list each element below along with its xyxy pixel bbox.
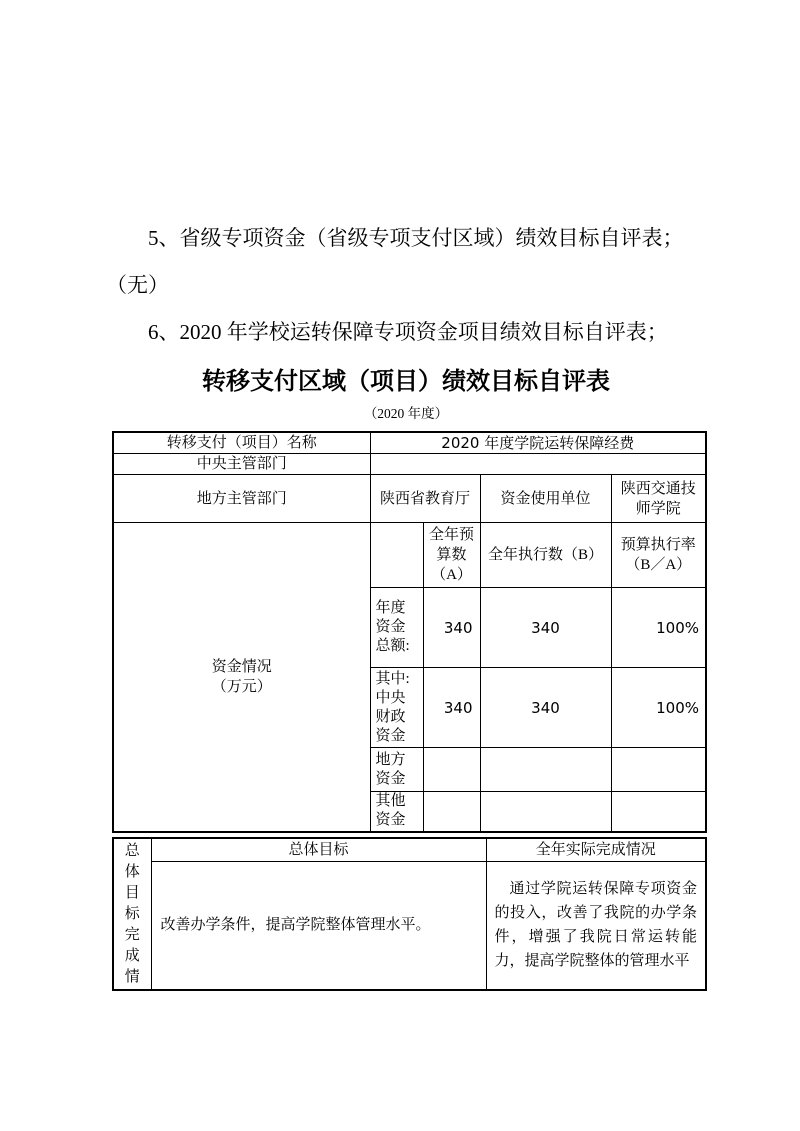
actual-header-cell: 全年实际完成情况 — [486, 838, 706, 861]
goal-header-cell: 总体目标 — [151, 838, 486, 861]
fund-row-executed-cell: 340 — [480, 588, 611, 668]
table-subtitle: （2020 年度） — [106, 406, 706, 422]
local-dept-value-cell: 陕西省教育厅 — [370, 475, 480, 523]
fund-user-value-cell: 陕西交通技 师学院 — [611, 475, 706, 523]
fund-row-executed-cell: 340 — [480, 668, 611, 748]
local-dept-label-cell: 地方主管部门 — [113, 475, 370, 523]
goal-text-cell: 改善办学条件，提高学院整体管理水平。 — [151, 861, 486, 990]
funds-table: 转移支付（项目）名称 2020 年度学院运转保障经费 中央主管部门 地方主管部门… — [112, 431, 707, 833]
fund-row-rate-cell — [611, 792, 706, 832]
fund-row-rate-cell: 100% — [611, 588, 706, 668]
actual-text-cell: 通过学院运转保障专项资金的投入，改善了我院的办学条件，增强了我院日常运转能力，提… — [486, 861, 706, 990]
fund-row-label-cell: 其中: 中央 财政 资金 — [370, 668, 423, 748]
project-name-label-cell: 转移支付（项目）名称 — [113, 432, 370, 454]
paragraph-none-note: （无） — [106, 273, 706, 298]
funds-section-label-cell: 资金情况 （万元） — [113, 523, 370, 832]
paragraph-item-5: 5、省级专项资金（省级专项支付区域）绩效目标自评表； — [106, 226, 706, 251]
project-name-value-cell: 2020 年度学院运转保障经费 — [370, 432, 706, 454]
paragraph-item-6: 6、2020 年学校运转保障专项资金项目绩效目标自评表； — [106, 320, 706, 345]
fund-row-budget-cell: 340 — [423, 588, 480, 668]
fund-row-label-cell: 地方 资金 — [370, 748, 423, 792]
central-dept-label-cell: 中央主管部门 — [113, 454, 370, 475]
fund-row-executed-cell — [480, 748, 611, 792]
rate-header-cell: 预算执行率 （B／A） — [611, 523, 706, 588]
corner-blank-cell — [370, 523, 423, 588]
fund-row-label-cell: 年度 资金 总额: — [370, 588, 423, 668]
fund-user-label-cell: 资金使用单位 — [480, 475, 611, 523]
central-dept-value-cell — [370, 454, 706, 475]
table-title: 转移支付区域（项目）绩效目标自评表 — [106, 366, 706, 396]
fund-row-rate-cell — [611, 748, 706, 792]
overall-goal-side-label-cell: 总 体 目 标 完 成 情 — [113, 838, 151, 990]
budget-header-cell: 全年预 算数 （A） — [423, 523, 480, 588]
fund-row-budget-cell — [423, 748, 480, 792]
document-page: 5、省级专项资金（省级专项支付区域）绩效目标自评表； （无） 6、2020 年学… — [0, 0, 800, 1131]
fund-row-budget-cell: 340 — [423, 668, 480, 748]
executed-header-cell: 全年执行数（B） — [480, 523, 611, 588]
fund-row-label-cell: 其他 资金 — [370, 792, 423, 832]
summary-table: 总 体 目 标 完 成 情 总体目标 全年实际完成情况 改善办学条件，提高学院整… — [112, 837, 707, 991]
fund-row-budget-cell — [423, 792, 480, 832]
fund-row-rate-cell: 100% — [611, 668, 706, 748]
fund-row-executed-cell — [480, 792, 611, 832]
